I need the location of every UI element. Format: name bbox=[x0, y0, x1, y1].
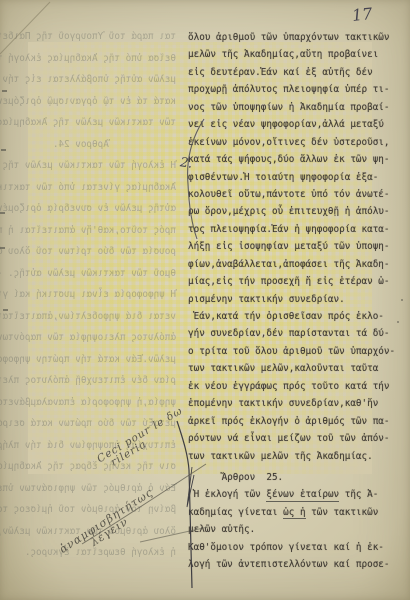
ink-speck bbox=[401, 299, 403, 301]
bleedthrough-line: Ἡ ἐκλογή τῶν τακτικῶν μελῶν τῆς - bbox=[0, 155, 176, 177]
typed-line: νει εἰς νέαν ψηφοφορίαν,ἀλλά μεταξύ bbox=[188, 116, 402, 133]
ink-speck bbox=[0, 247, 5, 249]
typed-line: προχωρῇ ἀπόλυτος πλειοψηφία ὑπέρ τι- bbox=[188, 81, 402, 98]
typed-line: ἑπομένην τακτικήν συνεδρίαν,καθ'ἥν bbox=[188, 395, 402, 412]
pencil-underlined-words: ξένων ἑταίρων bbox=[266, 489, 339, 502]
bleedthrough-line: κατά τά ἐν τῷ ὀργανισμῷ ὁριζόμενα, - bbox=[0, 91, 176, 113]
handwritten-note-french: Ceci pour le δω rileria bbox=[95, 405, 190, 474]
bleedthrough-line: Ἀκαδημίας γίνεται ὑπό τῶν τακτικῶν bbox=[0, 177, 176, 199]
typed-line: τος πλειοψηφία.Ἐάν ἡ ψηφοφορία κατα- bbox=[188, 221, 402, 238]
scanned-document-page: ται παρά τοῦ Ὑπουργοῦ τῆς Παιδείαςθεῖσα … bbox=[0, 0, 410, 600]
typed-line: Ἡ ἐκλογή τῶν ξένων ἑταίρων τῆς Ἀ- bbox=[188, 486, 402, 503]
bleedthrough-line: ται παρά τοῦ Ὑπουργοῦ τῆς Παιδείας bbox=[0, 26, 176, 48]
bleedthrough-line: ἀπόλυτος πλειοψηφία τῶν παρόντων bbox=[0, 327, 176, 349]
typed-line: μελῶν αὐτῆς. bbox=[188, 521, 402, 538]
typed-line: των τακτικῶν μελῶν τῆς Ἀκαδημίας. bbox=[188, 448, 402, 465]
typed-line: κολουθεῖ οὕτω,πάντοτε ὑπό τόν ἀνωτέ- bbox=[188, 186, 402, 203]
bleedthrough-text: ται παρά τοῦ Ὑπουργοῦ τῆς Παιδείαςθεῖσα … bbox=[0, 26, 176, 564]
typed-line: ἀρκεῖ πρός ἐκλογήν ὁ ἀριθμός τῶν πα- bbox=[188, 413, 402, 430]
bleedthrough-line: ψηφία,ἡ ψηφοφορία ἐπαναλαμβάνεται bbox=[0, 392, 176, 414]
typed-line: ο τρίτα τοῦ ὅλου ἀριθμοῦ τῶν ὑπαρχόν- bbox=[188, 343, 402, 360]
typed-line: Ἐάν,κατά τήν ὁρισθεῖσαν πρός ἐκλο- bbox=[188, 308, 402, 325]
typed-line: λογή τῶν ἀντεπιστελλόντων καί προσε- bbox=[188, 556, 402, 573]
typed-line: νος τῶν ὑποψηφίων ἡ Ἀκαδημία προβαί- bbox=[188, 99, 402, 116]
handwritten-note-greek: ἀναμφισβητήτως λέγειν bbox=[57, 486, 162, 566]
handwritten-note-french-line1: Ceci pour le δω bbox=[95, 405, 185, 466]
typed-line: φίων,ἀναβάλλεται,ἀποφάσει τῆς Ἀκαδη- bbox=[188, 256, 402, 273]
bleedthrough-line: πρός τοῦτο,καθ'ἥν ἀπαιτεῖται ἡ πα- bbox=[0, 220, 176, 242]
typed-line: μελῶν τῆς Ἀκαδημίας,αὕτη προβαίνει bbox=[188, 46, 402, 63]
typed-line: των τακτικῶν μελῶν,καλοῦνται ταῦτα bbox=[188, 360, 402, 377]
bleedthrough-line: μελῶν.Ἐάν κατά τήν πρώτην ψηφοφο- bbox=[0, 349, 176, 371]
bleedthrough-line: αὐτῆς μελῶν ἐν συνεδρίᾳ ὁριζομένῃ - bbox=[0, 198, 176, 220]
typed-line: ἐκείνων μόνον,οἵτινες δέν ὑστεροῦσι, bbox=[188, 134, 402, 151]
margin-note-numeral: 2. bbox=[179, 155, 193, 172]
bleedthrough-line: ρουσία τῶν δύο τρίτων τοῦ ὅλου ἀρι- bbox=[0, 241, 176, 263]
typed-line: κατά τάς ψήφους,δύο ἄλλων ἐκ τῶν ψη- bbox=[188, 151, 402, 168]
page-number: 17 bbox=[351, 4, 373, 25]
paper-crease-line bbox=[0, 2, 50, 54]
typed-line: εἰς δευτέραν.Ἐάν καί ἐξ αὐτῆς δέν bbox=[188, 64, 402, 81]
typed-line: ἐκ νέου ἐγγράφως πρός τοῦτο κατά τήν bbox=[188, 378, 402, 395]
ink-speck bbox=[1, 149, 6, 151]
bleedthrough-line: ρίαν δέν ἐπιτευχθῇ ἀπόλυτος πλειο- bbox=[0, 370, 176, 392]
typed-line: ρισμένην τακτικήν συνεδρίαν. bbox=[188, 291, 402, 308]
ink-speck bbox=[2, 90, 7, 92]
typed-line: Καθ'ὅμοιον τρόπον γίνεται καί ἡ ἐκ- bbox=[188, 539, 402, 556]
typed-line: λήξῃ εἰς ἰσοψηφίαν μεταξύ τῶν ὑποψη- bbox=[188, 238, 402, 255]
ink-speck bbox=[0, 212, 5, 214]
typed-text-column: ὅλου ἀριθμοῦ τῶν ὑπαρχόντων τακτικῶνμελῶ… bbox=[188, 29, 402, 574]
typed-line: καδημίας γίνεται ὡς ἡ τῶν τακτικῶν bbox=[188, 504, 402, 521]
bleedthrough-line: θεῖσα ὑπό τῆς Ἀκαδημίας ἐκλογή τῶν - bbox=[0, 48, 176, 70]
article-heading: Ἄρθρον 25. bbox=[188, 469, 402, 486]
typed-line: μίας,εἰς τήν προσεχῆ ἤ εἰς ἑτέραν ὡ- bbox=[188, 273, 402, 290]
typed-line: ρω ὅρον,μέχρις οὗ ἐπιτευχθῇ ἡ ἀπόλυ- bbox=[188, 203, 402, 220]
typed-line: ὅλου ἀριθμοῦ τῶν ὑπαρχόντων τακτικῶν bbox=[188, 29, 402, 46]
bleedthrough-line: σιν τῆς κενῆς ἕδρας τῆς Ἀκαδημίας. bbox=[0, 456, 176, 478]
bleedthrough-line: τῶν τακτικῶν μελῶν τῆς Ἀκαδημίας. bbox=[0, 112, 176, 134]
typed-line: γήν συνεδρίαν,δέν παρίστανται τά δύ- bbox=[188, 325, 402, 342]
ink-speck bbox=[3, 309, 8, 311]
bleedthrough-line: Ἄρθρον 24. bbox=[0, 134, 176, 156]
ink-speck bbox=[397, 321, 399, 323]
bleedthrough-line: νεται διά ψηφοδελτίων,ἀπαιτεῖται δέ bbox=[0, 306, 176, 328]
bleedthrough-line: θμοῦ τῶν τακτικῶν μελῶν αὐτῆς. - bbox=[0, 263, 176, 285]
bleedthrough-line: Ἡ ψηφοφορία εἶναι μυστική καί γί- bbox=[0, 284, 176, 306]
bleedthrough-line: μελῶν αὐτῆς ὑποβάλλεται εἰς τήν bbox=[0, 69, 176, 91]
typed-line: ρόντων νά εἶναι μείζων τοῦ τῶν ἀπόν- bbox=[188, 430, 402, 447]
handwritten-note-greek-line1: ἀναμφισβητήτως bbox=[57, 486, 156, 556]
pencil-underlined-words: ὡς ἡ bbox=[283, 507, 305, 520]
typed-line: φισθέντων.Ἡ τοιαύτη ψηφοφορία ἐξα- bbox=[188, 169, 402, 186]
